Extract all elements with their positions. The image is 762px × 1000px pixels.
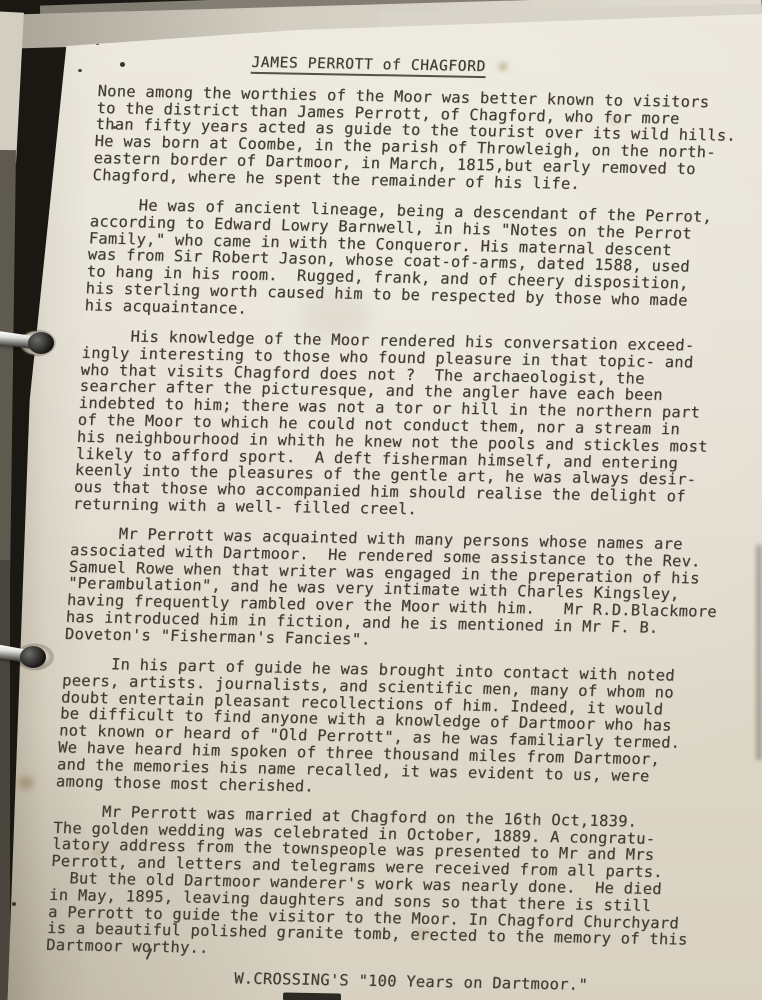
sheet-edge-left-upper <box>0 11 24 162</box>
foxing-stain <box>92 848 104 858</box>
foxing-stain <box>610 115 622 125</box>
foxing-stain <box>498 62 508 71</box>
document-title-text: JAMES PERROTT of CHAGFORD <box>251 54 487 78</box>
foxing-stain <box>18 776 34 790</box>
paragraph: Mr Perrott was acquainted with many pers… <box>64 525 718 654</box>
foxing-stain <box>300 290 370 340</box>
typed-page: JAMES PERROTT of CHAGFORD None among the… <box>0 0 762 1000</box>
paper-speck <box>12 902 16 906</box>
paper-speck <box>78 69 82 72</box>
paragraph: Mr Perrott was married at Chagford on th… <box>46 803 702 966</box>
shadow-blob-bottom <box>283 992 341 1000</box>
paragraph-container: None among the worthies of the Moor was … <box>46 83 746 966</box>
ring-cap-bottom <box>20 646 46 668</box>
typed-text: JAMES PERROTT of CHAGFORD None among the… <box>44 52 748 996</box>
foxing-stain <box>415 928 429 938</box>
ink-dot <box>120 62 125 67</box>
paragraph: His knowledge of the Moor rendered his c… <box>72 328 730 523</box>
paragraph: He was of ancient lineage, being a desce… <box>84 196 739 327</box>
ring-cap-top <box>28 332 54 354</box>
binder-ring-top <box>0 322 72 366</box>
page-edge-shadow <box>756 545 762 760</box>
sheet-edge-left-lower <box>0 560 10 1000</box>
paragraph: None among the worthies of the Moor was … <box>92 83 745 196</box>
binder-ring-bottom <box>0 636 70 680</box>
paragraph: In his part of guide he was brought into… <box>55 655 711 802</box>
paper-speck <box>113 126 116 129</box>
source-credit-line: W.CROSSING'S "100 Years on Dartmoor." <box>234 970 693 995</box>
